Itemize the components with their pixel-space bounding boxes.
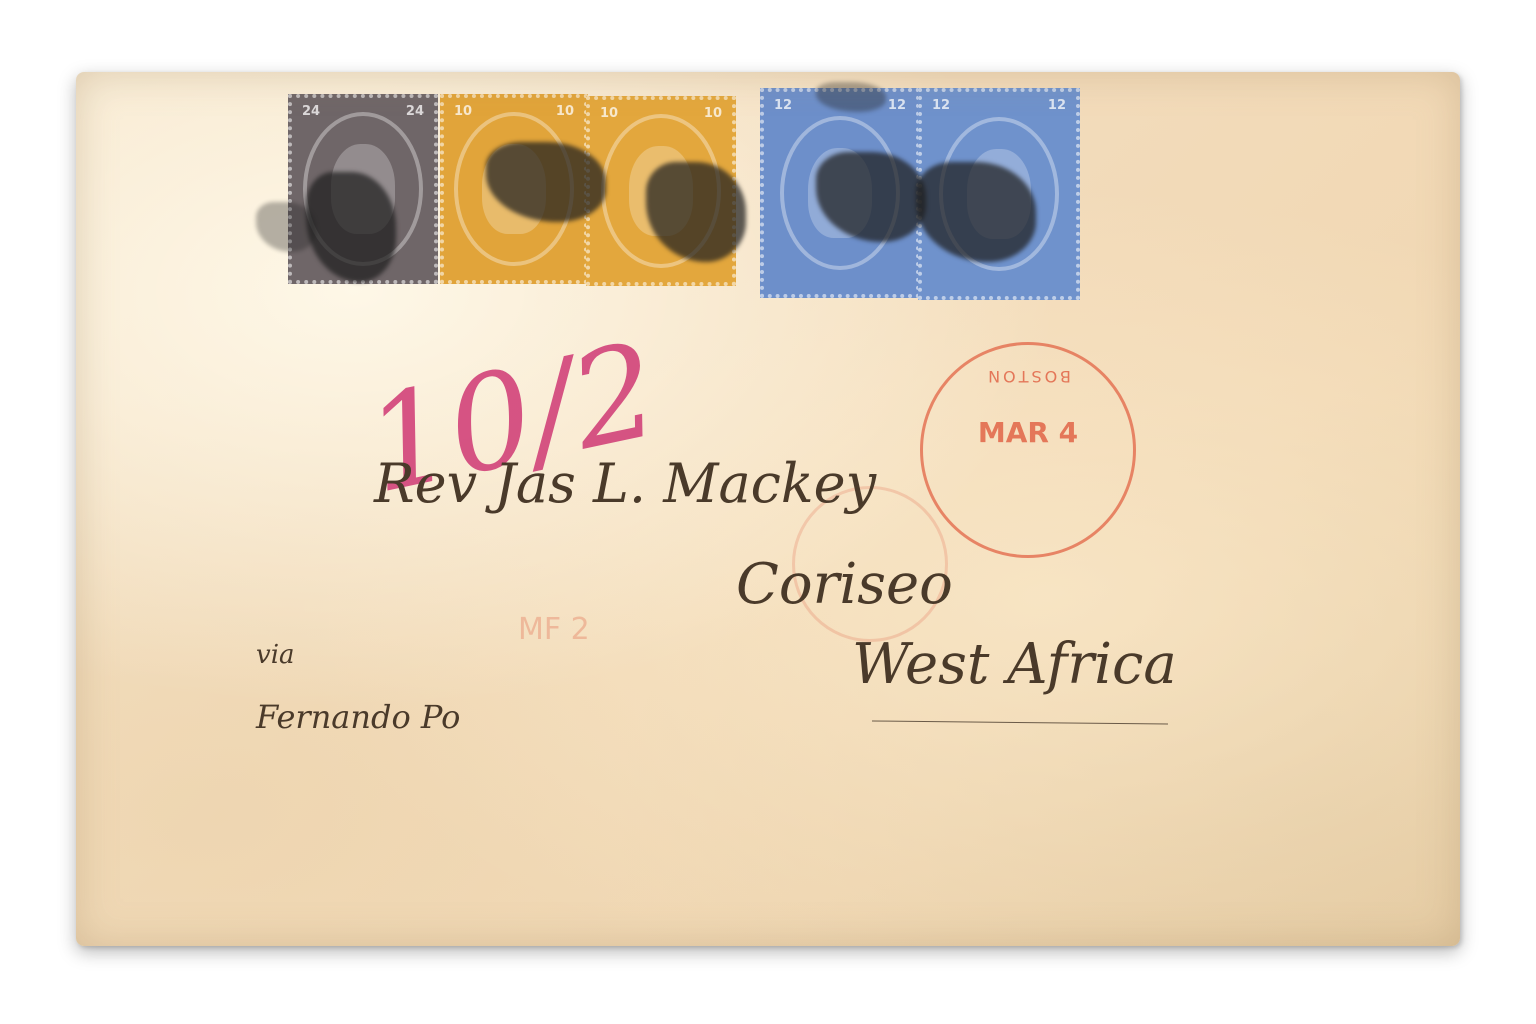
address-line-2: Coriseo (736, 552, 953, 617)
stamp-denomination: 12 (774, 98, 792, 113)
cancel-mark (256, 202, 316, 252)
stamp-denomination: 12 (1048, 98, 1066, 113)
stamp-denomination: 10 (556, 104, 574, 119)
faint-marking: MF 2 (518, 612, 590, 647)
address-line-1: Rev Jas L. Mackey (374, 452, 876, 515)
address-line-3: West Africa (852, 632, 1177, 697)
stamp-denomination: 10 (704, 106, 722, 121)
routing-line-1: via (256, 640, 295, 670)
stamp-denomination: 10 (600, 106, 618, 121)
stamp-denomination: 12 (932, 98, 950, 113)
postmark-date: MAR 4 (923, 417, 1133, 449)
postmark-ring-text: BOSTON (923, 367, 1133, 386)
stamp-denomination: 24 (302, 104, 320, 119)
stamp-denomination: 24 (406, 104, 424, 119)
stamp-denomination: 10 (454, 104, 472, 119)
address-underline (872, 720, 1168, 724)
envelope: 24 24 10 10 10 10 12 12 12 12 10/2 MF 2 … (76, 72, 1460, 946)
routing-line-2: Fernando Po (256, 698, 460, 736)
postmark: BOSTON MAR 4 (920, 342, 1136, 558)
stamp-denomination: 12 (888, 98, 906, 113)
